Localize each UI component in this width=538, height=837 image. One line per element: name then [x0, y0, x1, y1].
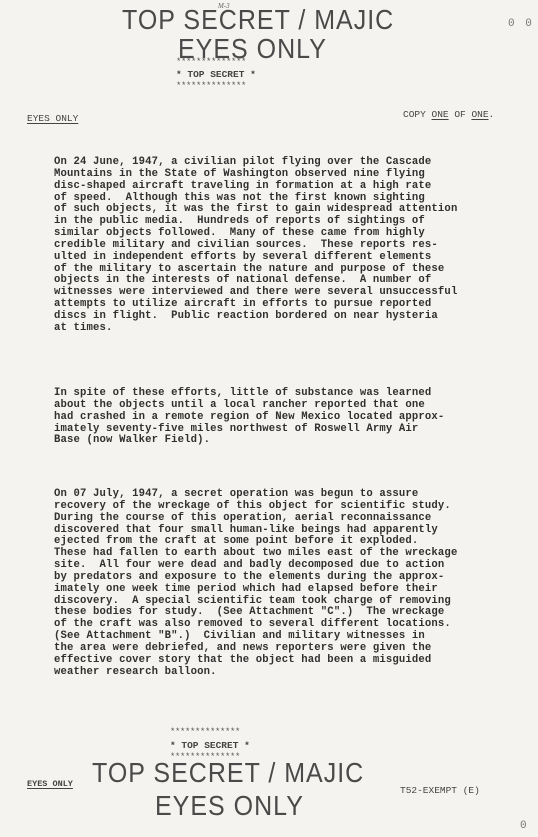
paragraph-line: recovery of the wreckage of this object …: [54, 501, 457, 513]
footer-stamp-top-secret-majic: TOP SECRET / MAJIC: [92, 757, 364, 789]
paragraph-1: On 24 June, 1947, a civilian pilot flyin…: [54, 157, 457, 335]
paragraph-line: discs in flight. Public reaction bordere…: [54, 311, 457, 323]
footer-stamp-eyes-only: EYES ONLY: [155, 790, 304, 822]
exempt-code: T52-EXEMPT (E): [400, 785, 480, 796]
copy-of: OF: [449, 109, 472, 120]
footer-typed-classification: * TOP SECRET *: [170, 740, 250, 751]
corner-mark-bottom: 0 0: [520, 820, 538, 832]
paragraph-line: Base (now Walker Field).: [54, 435, 444, 447]
copy-prefix: COPY: [403, 109, 432, 120]
copy-count: ONE: [432, 109, 449, 120]
paragraph-line: at times.: [54, 323, 457, 335]
copy-suffix: .: [489, 109, 495, 120]
paragraph-line: about the objects until a local rancher …: [54, 400, 444, 412]
paragraph-3: On 07 July, 1947, a secret operation was…: [54, 489, 457, 679]
copy-total: ONE: [471, 109, 488, 120]
copy-one-of-one: COPY ONE OF ONE.: [403, 109, 494, 120]
footer-stars-top: **************: [170, 727, 240, 737]
eyes-only-label-top: EYES ONLY: [27, 113, 78, 124]
paragraph-line: credible military and civilian sources. …: [54, 240, 457, 252]
paragraph-line: effective cover story that the object ha…: [54, 655, 457, 667]
paragraph-line: disc-shaped aircraft traveling in format…: [54, 181, 457, 193]
paragraph-line: During the course of this operation, aer…: [54, 513, 457, 525]
document-page: M-3 0 0 TOP SECRET / MAJIC EYES ONLY ***…: [0, 0, 538, 837]
paragraph-line: ulted in independent efforts by several …: [54, 252, 457, 264]
header-stars-underline: **************: [176, 57, 246, 67]
header-typed-classification: * TOP SECRET *: [176, 69, 256, 80]
paragraph-line: had crashed in a remote region of New Me…: [54, 412, 444, 424]
paragraph-line: imately one week time period which had e…: [54, 584, 457, 596]
header-stamp-top-secret-majic: TOP SECRET / MAJIC: [122, 4, 394, 36]
paragraph-line: by predators and exposure to the element…: [54, 572, 457, 584]
header-stars-bottom: **************: [176, 81, 246, 91]
paragraph-line: weather research balloon.: [54, 667, 457, 679]
paragraph-line: Mountains in the State of Washington obs…: [54, 169, 457, 181]
paragraph-2: In spite of these efforts, little of sub…: [54, 388, 444, 447]
eyes-only-label-bottom: EYES ONLY: [27, 779, 73, 789]
corner-mark-top: 0 0: [508, 18, 534, 30]
